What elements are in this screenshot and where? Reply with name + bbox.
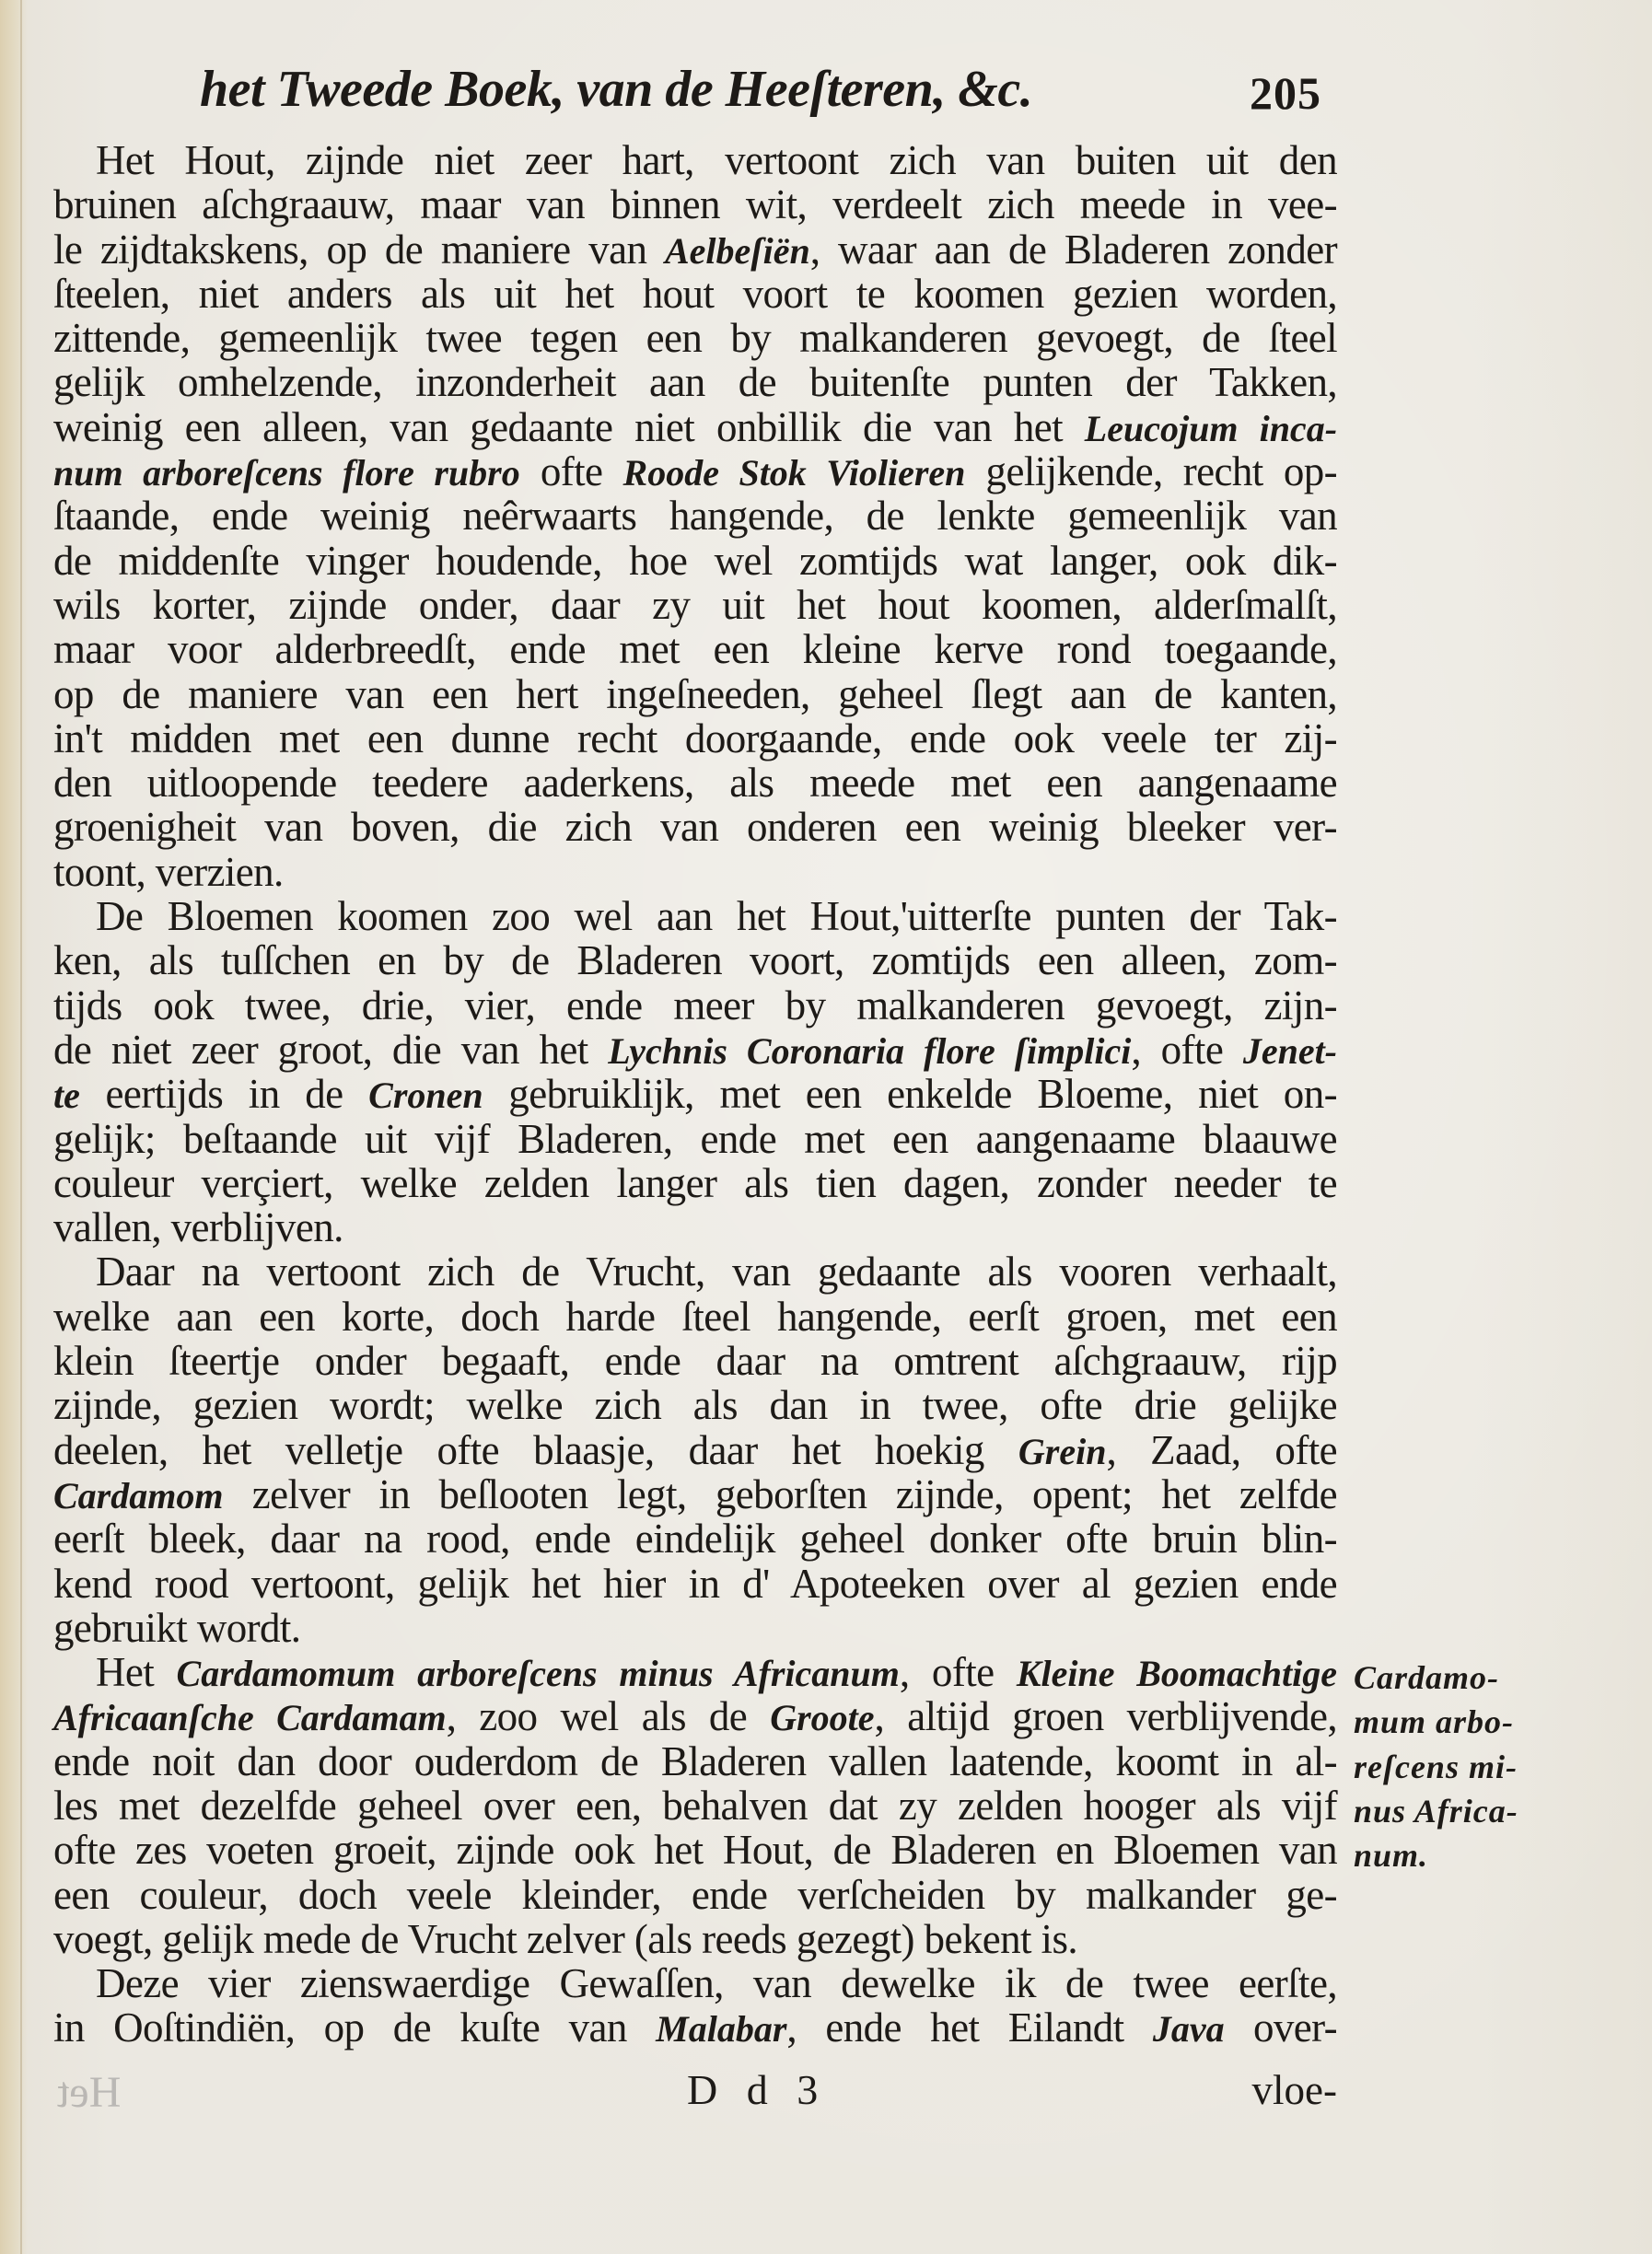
text-line: de middenſte vinger houdende, hoe wel zo… [53,539,1337,583]
text-line: Het Hout, zijnde niet zeer hart, vertoon… [53,138,1337,182]
text-line: een couleur, doch veele kleinder, ende v… [53,1873,1337,1917]
text-segment: op de maniere van een hert ingeſneeden, … [53,671,1337,717]
italic-term: Cardamomum arboreſcens minus Africanum [177,1653,900,1694]
text-line: ſteelen, niet anders als uit het hout vo… [53,272,1337,316]
text-segment: toont, verzien. [53,849,284,895]
text-segment: vallen, verblijven. [53,1204,343,1250]
text-line: eerſt bleek, daar na rood, ende eindelij… [53,1516,1337,1561]
text-line: klein ſteertje onder begaaft, ende daar … [53,1339,1337,1383]
text-segment: kend rood vertoont, gelijk het hier in d… [53,1561,1337,1607]
text-line: bruinen aſchgraauw, maar van binnen wit,… [53,182,1337,227]
text-segment: groenigheit van boven, die zich van onde… [53,804,1337,850]
text-segment: Deze vier zienswaerdige Gewaſſen, van de… [96,1960,1337,2006]
margin-note-line: mum arbo- [1354,1700,1538,1744]
text-line: couleur verçiert, welke zelden langer al… [53,1161,1337,1205]
text-segment: le zijdtakskens, op de maniere van [53,227,665,273]
running-title: het Tweede Boek, van de Heeſteren, &c. [200,57,1032,122]
signature-mark: D d 3 [687,2062,827,2118]
text-segment: een couleur, doch veele kleinder, ende v… [53,1872,1337,1918]
text-line: Deze vier zienswaerdige Gewaſſen, van de… [53,1961,1337,2005]
text-line: Daar na vertoont zich de Vrucht, van ged… [53,1249,1337,1294]
text-segment: , altijd groen verblijvende, [875,1693,1337,1739]
text-segment: ken, als tuſſchen en by de Bladeren voor… [53,937,1337,983]
text-segment: Daar na vertoont zich de Vrucht, van ged… [96,1249,1337,1295]
text-segment: den uitloopende teedere aaderkens, als m… [53,760,1337,806]
italic-term: Lychnis Coronaria flore ſimplici [608,1030,1131,1072]
catchword: vloe- [1252,2062,1337,2118]
text-line: voegt, gelijk mede de Vrucht zelver (als… [53,1917,1337,1961]
text-segment: welke aan een korte, doch harde ſteel ha… [53,1294,1337,1340]
text-segment: ofte zes voeten groeit, zijnde ook het H… [53,1827,1337,1873]
text-line: gebruikt wordt. [53,1606,1337,1650]
italic-term: Java [1153,2008,1225,2050]
text-line: tijds ook twee, drie, vier, ende meer by… [53,983,1337,1028]
text-line: gelijk omhelzende, inzonderheit aan de b… [53,360,1337,404]
margin-note-line: num. [1354,1833,1538,1877]
text-segment: in't midden met een dunne recht doorgaan… [53,715,1337,761]
text-segment: , Zaad, ofte [1106,1427,1337,1473]
page-header: het Tweede Boek, van de Heeſteren, &c. 2… [200,57,1342,122]
text-segment: , zoo wel als de [447,1693,771,1739]
text-segment: ſtaande, ende weinig neêrwaarts hangende… [53,493,1337,539]
text-segment: Het Hout, zijnde niet zeer hart, vertoon… [96,137,1337,183]
text-segment: gelijk omhelzende, inzonderheit aan de b… [53,359,1337,405]
text-line: wils korter, zijnde onder, daar zy uit h… [53,583,1337,627]
text-segment: eerſt bleek, daar na rood, ende eindelij… [53,1516,1337,1562]
text-line: op de maniere van een hert ingeſneeden, … [53,672,1337,716]
text-line: weinig een alleen, van gedaante niet onb… [53,405,1337,449]
text-segment: zelver in beſlooten legt, geborſten zijn… [223,1471,1337,1517]
bleed-through-text: Het [57,2067,121,2118]
text-line: Africaanſche Cardamam, zoo wel als de Gr… [53,1694,1337,1738]
italic-term: Roode Stok Violieren [623,452,966,494]
body-text: Het Hout, zijnde niet zeer hart, vertoon… [53,138,1337,2051]
text-segment: ende noit dan door ouderdom de Bladeren … [53,1738,1337,1784]
text-segment: klein ſteertje onder begaaft, ende daar … [53,1338,1337,1384]
text-segment: in Ooſtindiën, op de kuſte van [53,2004,656,2051]
text-line: toont, verzien. [53,850,1337,894]
text-line: de niet zeer groot, die van het Lychnis … [53,1028,1337,1072]
italic-term: Cronen [368,1075,483,1116]
text-segment: de middenſte vinger houdende, hoe wel zo… [53,538,1337,584]
page-number: 205 [1250,64,1321,122]
text-line: ende noit dan door ouderdom de Bladeren … [53,1739,1337,1783]
italic-term: Aelbeſiën [665,230,810,272]
italic-term: Cardamom [53,1475,223,1516]
text-line: maar voor alderbreedſt, ende met een kle… [53,627,1337,671]
text-segment: ofte [520,448,623,494]
text-segment: deelen, het velletje ofte blaasje, daar … [53,1427,1018,1473]
text-line: ken, als tuſſchen en by de Bladeren voor… [53,938,1337,982]
binding-edge [20,0,22,2254]
text-segment: eertijds in de [80,1071,368,1117]
italic-term: te [53,1075,80,1116]
text-line: den uitloopende teedere aaderkens, als m… [53,761,1337,805]
text-line: Het Cardamomum arboreſcens minus African… [53,1650,1337,1694]
italic-term: Jenet- [1243,1030,1337,1072]
italic-term: Africaanſche Cardamam [53,1697,447,1738]
text-line: in't midden met een dunne recht doorgaan… [53,716,1337,761]
text-segment: weinig een alleen, van gedaante niet onb… [53,404,1085,450]
text-segment: tijds ook twee, drie, vier, ende meer by… [53,982,1337,1028]
text-line: te eertijds in de Cronen gebruiklijk, me… [53,1072,1337,1116]
text-line: ofte zes voeten groeit, zijnde ook het H… [53,1828,1337,1872]
text-segment: , ofte [1131,1027,1242,1073]
text-segment: De Bloemen koomen zoo wel aan het Hout,'… [96,893,1337,939]
page-footer: D d 3 vloe- [53,2062,1337,2118]
text-segment: gebruiklijk, met een enkelde Bloeme, nie… [483,1071,1337,1117]
text-segment: bruinen aſchgraauw, maar van binnen wit,… [53,181,1337,227]
text-segment: , ofte [900,1649,1017,1695]
margin-note-line: reſcens mi- [1354,1745,1538,1789]
text-segment: , ende het Eilandt [786,2004,1152,2051]
margin-note-line: Cardamo- [1354,1656,1538,1700]
text-line: kend rood vertoont, gelijk het hier in d… [53,1562,1337,1606]
text-line: vallen, verblijven. [53,1205,1337,1249]
margin-note-line: nus Africa- [1354,1789,1538,1833]
italic-term: Leucojum inca- [1085,408,1337,449]
italic-term: num arboreſcens flore rubro [53,452,520,494]
text-segment: , waar aan de Bladeren zonder [810,227,1337,273]
text-line: groenigheit van boven, die zich van onde… [53,805,1337,849]
text-line: gelijk; beſtaande uit vijf Bladeren, end… [53,1117,1337,1161]
text-segment: les met dezelfde geheel over een, behalv… [53,1783,1337,1829]
italic-term: Malabar [656,2008,786,2050]
text-segment: zittende, gemeenlijk twee tegen een by m… [53,315,1337,361]
text-line: le zijdtakskens, op de maniere van Aelbe… [53,227,1337,272]
italic-term: Grein [1018,1431,1107,1472]
text-line: De Bloemen koomen zoo wel aan het Hout,'… [53,894,1337,938]
text-line: num arboreſcens flore rubro ofte Roode S… [53,449,1337,494]
text-segment: gebruikt wordt. [53,1605,300,1651]
text-line: les met dezelfde geheel over een, behalv… [53,1783,1337,1828]
text-line: deelen, het velletje ofte blaasje, daar … [53,1428,1337,1472]
text-segment: Het [96,1649,177,1695]
text-segment: over- [1225,2004,1337,2051]
text-segment: couleur verçiert, welke zelden langer al… [53,1160,1337,1206]
text-segment: maar voor alderbreedſt, ende met een kle… [53,626,1337,672]
text-line: in Ooſtindiën, op de kuſte van Malabar, … [53,2005,1337,2050]
text-line: welke aan een korte, doch harde ſteel ha… [53,1295,1337,1339]
text-line: zijnde, gezien wordt; welke zich als dan… [53,1383,1337,1427]
italic-term: Kleine Boomachtige [1017,1653,1337,1694]
text-line: Cardamom zelver in beſlooten legt, gebor… [53,1472,1337,1516]
text-segment: gelijkende, recht op- [965,448,1337,494]
text-segment: wils korter, zijnde onder, daar zy uit h… [53,582,1337,628]
text-line: ſtaande, ende weinig neêrwaarts hangende… [53,494,1337,538]
text-line: zittende, gemeenlijk twee tegen een by m… [53,316,1337,360]
italic-term: Groote [770,1697,874,1738]
text-segment: voegt, gelijk mede de Vrucht zelver (als… [53,1916,1077,1962]
text-segment: gelijk; beſtaande uit vijf Bladeren, end… [53,1116,1337,1162]
text-segment: ſteelen, niet anders als uit het hout vo… [53,271,1337,317]
text-segment: de niet zeer groot, die van het [53,1027,608,1073]
margin-note: Cardamo-mum arbo-reſcens mi-nus Africa-n… [1354,1656,1538,1877]
text-segment: zijnde, gezien wordt; welke zich als dan… [53,1382,1337,1428]
